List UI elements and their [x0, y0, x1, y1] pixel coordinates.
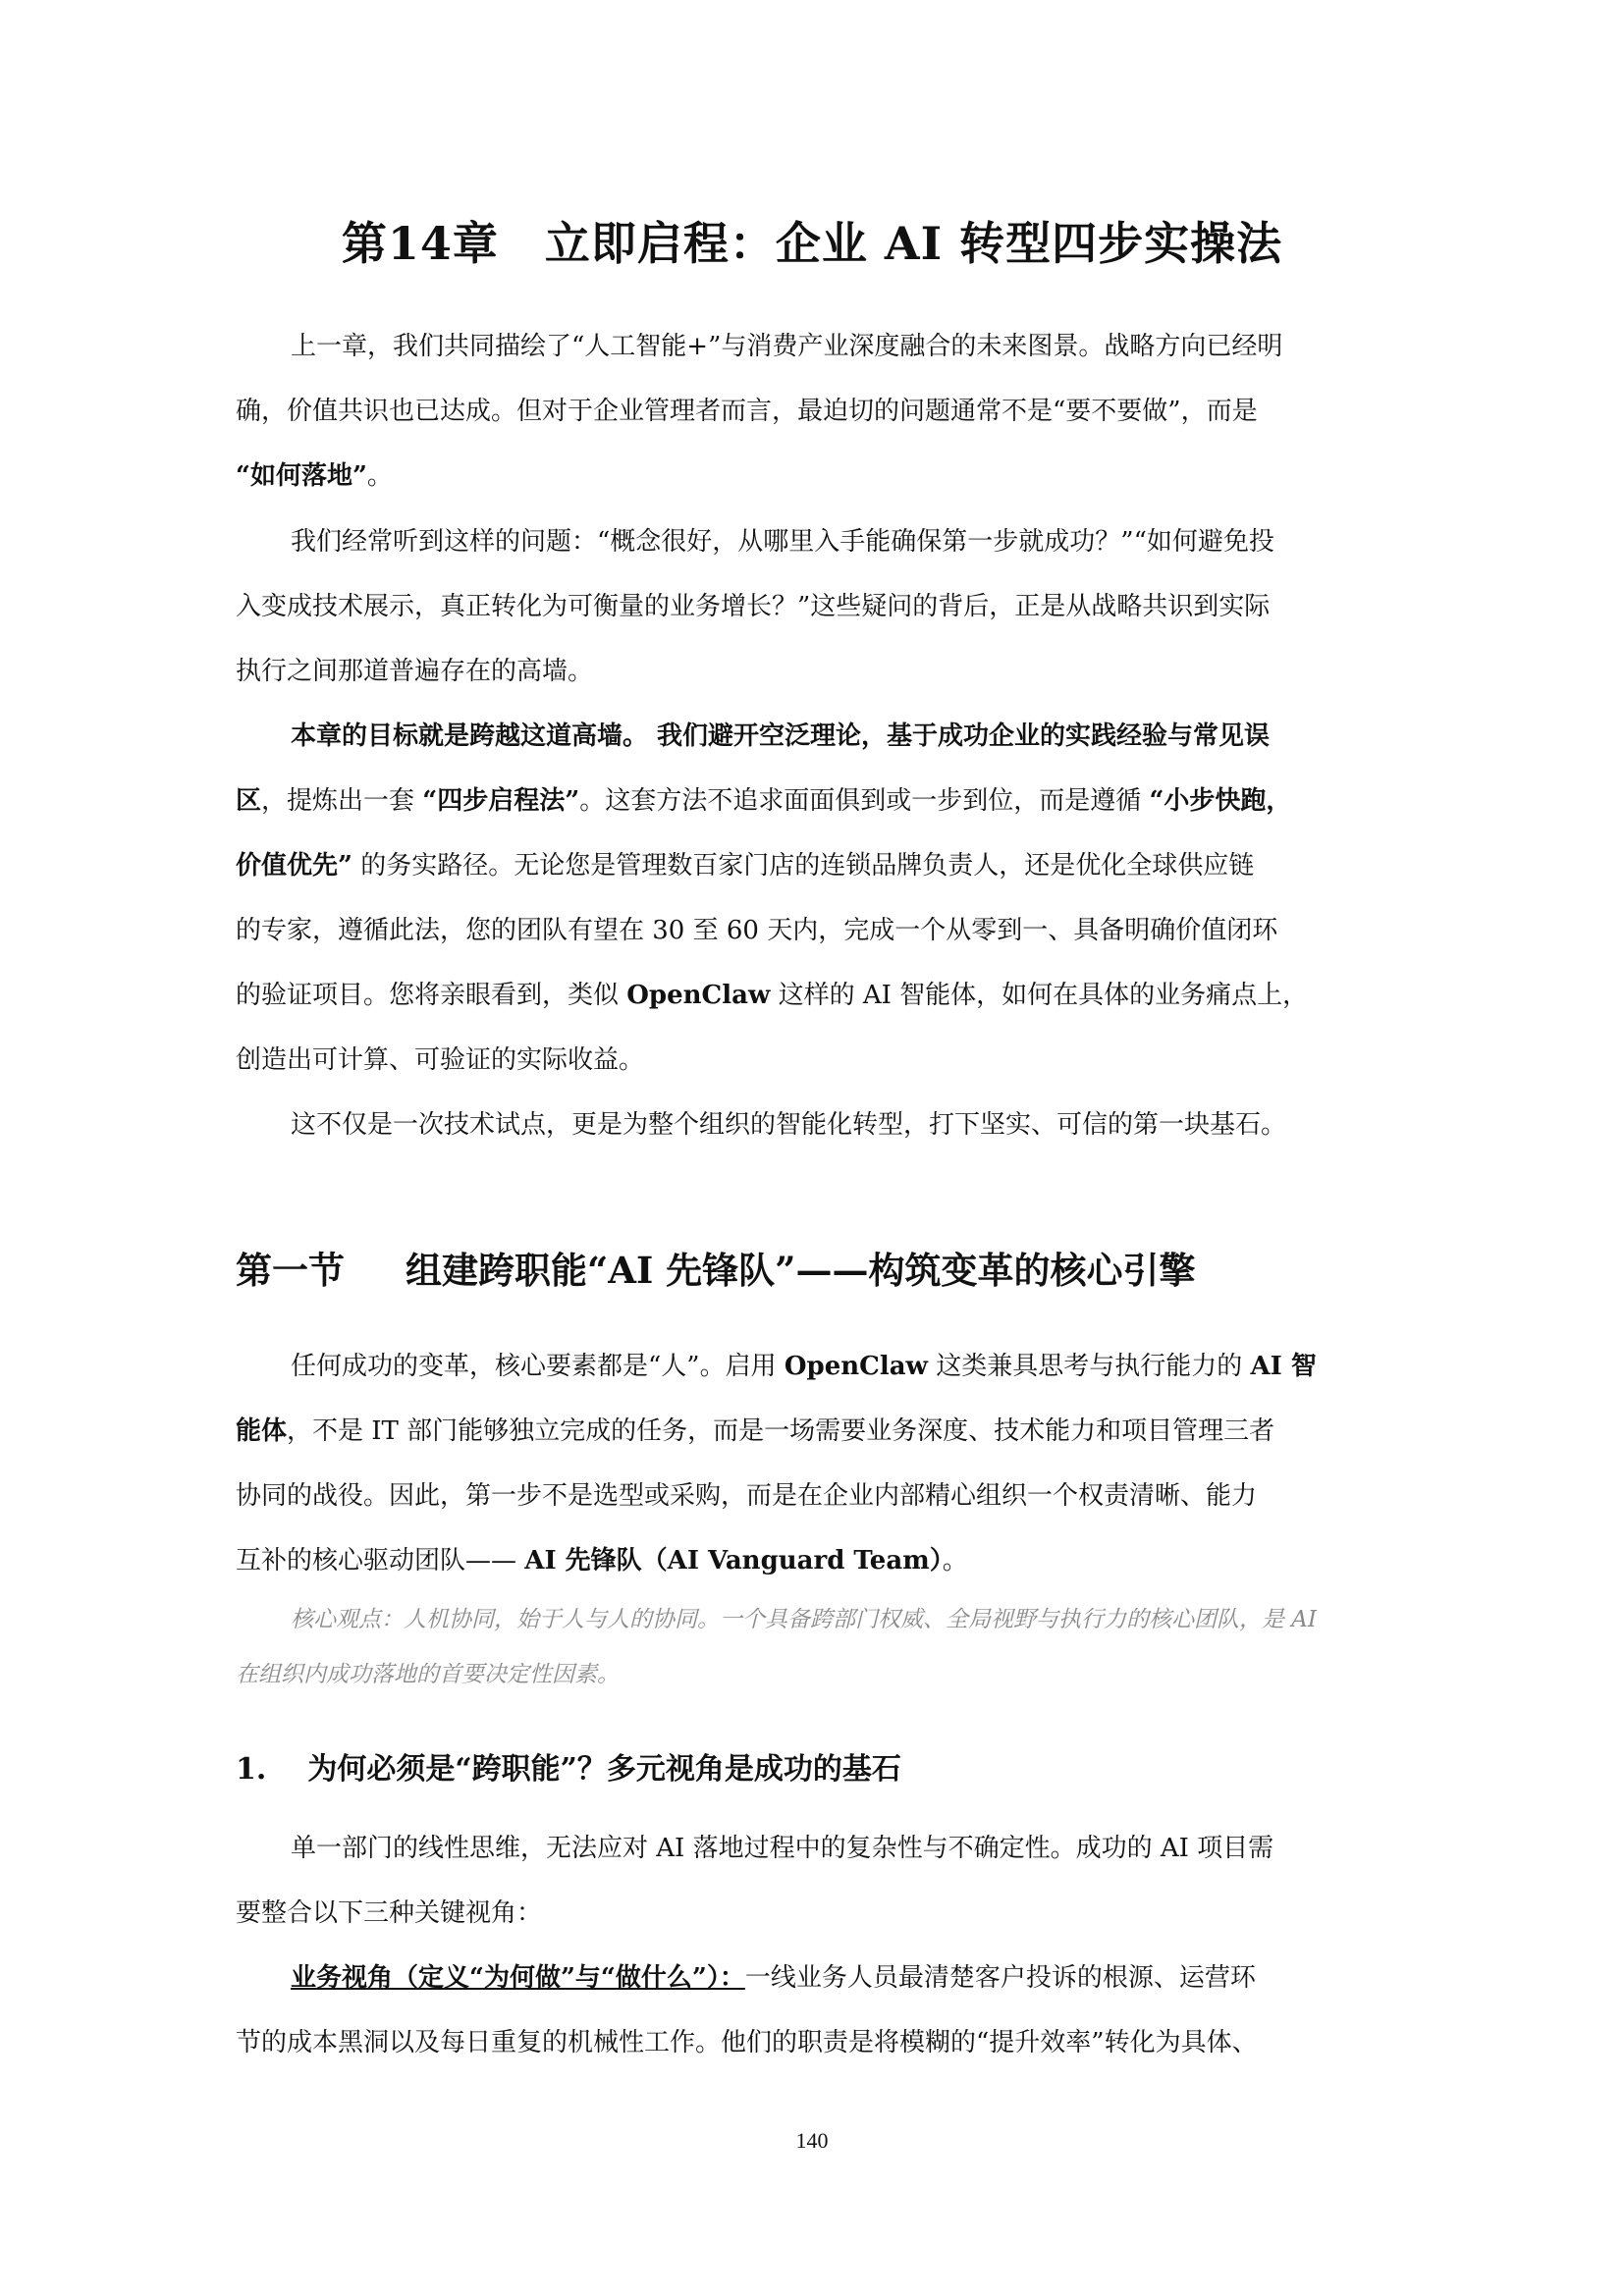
- paragraph-line: 入变成技术展示，真正转化为可衡量的业务增长？”这些疑问的背后，正是从战略共识到实…: [236, 587, 1404, 626]
- text-run: 互补的核心驱动团队——: [236, 1546, 524, 1575]
- paragraph-line: 我们经常听到这样的问题：“概念很好，从哪里入手能确保第一步就成功？”“如何避免投: [236, 522, 1459, 561]
- paragraph-line: 上一章，我们共同描绘了“人工智能+”与消费产业深度融合的未来图景。战略方向已经明: [236, 327, 1459, 366]
- text-run: 一线业务人员最清楚客户投诉的根源、运营环: [745, 1963, 1256, 1993]
- emphasis-text: “四步启程法”: [422, 786, 579, 816]
- paragraph-line: 业务视角（定义“为何做”与“做什么”）：一线业务人员最清楚客户投诉的根源、运营环: [236, 1958, 1459, 1998]
- section-title-text: 组建跨职能“AI 先锋队”——构筑变革的核心引擎: [406, 1249, 1195, 1292]
- text-run: 。这套方法不追求面面俱到或一步到位，而是遵循: [579, 786, 1149, 816]
- text-run: 的务实路径。无论您是管理数百家门店的连锁品牌负责人，还是优化全球供应链: [352, 851, 1254, 881]
- text-run: 任何成功的变革，核心要素都是“人”。启用: [291, 1352, 785, 1381]
- emphasis-text: AI 先锋队（AI Vanguard Team）: [524, 1546, 942, 1575]
- text-run: ，提炼出一套: [261, 786, 422, 816]
- emphasis-text: 价值优先”: [236, 851, 352, 881]
- paragraph-line: 单一部门的线性思维，无法应对 AI 落地过程中的复杂性与不确定性。成功的 AI …: [236, 1829, 1459, 1868]
- text-run: 这类兼具思考与执行能力的: [928, 1352, 1251, 1381]
- paragraph-line: 的专家，遵循此法，您的团队有望在 30 至 60 天内，完成一个从零到一、具备明…: [236, 911, 1404, 950]
- document-page: 第14章 立即启程：企业 AI 转型四步实操法 上一章，我们共同描绘了“人工智能…: [0, 0, 1624, 2296]
- paragraph-line: 的验证项目。您将亲眼看到，类似 OpenClaw 这样的 AI 智能体，如何在具…: [236, 976, 1404, 1015]
- section-heading: 第一节组建跨职能“AI 先锋队”——构筑变革的核心引擎: [236, 1241, 1195, 1294]
- emphasis-text: 区: [236, 786, 261, 816]
- paragraph-line: 确，价值共识也已达成。但对于企业管理者而言，最迫切的问题通常不是“要不要做”，而…: [236, 392, 1404, 431]
- section-label: 第一节: [236, 1249, 345, 1292]
- text-run: 这样的 AI 智能体，如何在具体的业务痛点上，: [770, 981, 1308, 1010]
- subsection-heading: 1.为何必须是“跨职能”？多元视角是成功的基石: [236, 1744, 901, 1788]
- paragraph-line: 互补的核心驱动团队—— AI 先锋队（AI Vanguard Team）。: [236, 1541, 1404, 1580]
- paragraph-line: 价值优先” 的务实路径。无论您是管理数百家门店的连锁品牌负责人，还是优化全球供应…: [236, 846, 1404, 885]
- subsection-number: 1.: [236, 1752, 266, 1787]
- paragraph-line: “如何落地”。: [236, 456, 1404, 496]
- emphasis-text: AI 智: [1250, 1352, 1316, 1381]
- paragraph-line: 任何成功的变革，核心要素都是“人”。启用 OpenClaw 这类兼具思考与执行能…: [236, 1347, 1459, 1386]
- core-view-callout: 在组织内成功落地的首要决定性因素。: [236, 1655, 1404, 1694]
- perspective-label: 业务视角（定义“为何做”与“做什么”）：: [291, 1963, 745, 1993]
- emphasis-text: OpenClaw: [785, 1352, 928, 1381]
- subsection-title-text: 为何必须是“跨职能”？多元视角是成功的基石: [307, 1752, 901, 1787]
- paragraph-line: 节的成本黑洞以及每日重复的机械性工作。他们的职责是将模糊的“提升效率”转化为具体…: [236, 2023, 1404, 2062]
- paragraph-line: 区，提炼出一套 “四步启程法”。这套方法不追求面面俱到或一步到位，而是遵循 “小…: [236, 781, 1404, 821]
- emphasis-text: OpenClaw: [626, 981, 770, 1010]
- chapter-title: 第14章 立即启程：企业 AI 转型四步实操法: [0, 208, 1624, 273]
- paragraph-line: 要整合以下三种关键视角：: [236, 1894, 1404, 1933]
- core-view-callout: 核心观点：人机协同，始于人与人的协同。一个具备跨部门权威、全局视野与执行力的核心…: [236, 1600, 1459, 1639]
- paragraph-line: 能体，不是 IT 部门能够独立完成的任务，而是一场需要业务深度、技术能力和项目管…: [236, 1412, 1404, 1451]
- text-run: 的验证项目。您将亲眼看到，类似: [236, 981, 626, 1010]
- emphasis-text: “如何落地”: [236, 461, 367, 491]
- emphasis-text: 能体: [236, 1416, 287, 1446]
- text-run: 。: [367, 461, 393, 491]
- emphasis-text: “小步快跑，: [1149, 786, 1291, 816]
- paragraph-line: 创造出可计算、可验证的实际收益。: [236, 1041, 1404, 1080]
- paragraph-line: 这不仅是一次技术试点，更是为整个组织的智能化转型，打下坚实、可信的第一块基石。: [236, 1105, 1459, 1145]
- paragraph-line: 执行之间那道普遍存在的高墙。: [236, 652, 1404, 691]
- text-run: 。: [943, 1546, 968, 1575]
- text-run: ，不是 IT 部门能够独立完成的任务，而是一场需要业务深度、技术能力和项目管理三…: [287, 1416, 1274, 1446]
- page-number: 140: [0, 2128, 1624, 2154]
- paragraph-line: 协同的战役。因此，第一步不是选型或采购，而是在企业内部精心组织一个权责清晰、能力: [236, 1476, 1404, 1516]
- paragraph-line: 本章的目标就是跨越这道高墙。 我们避开空泛理论，基于成功企业的实践经验与常见误: [236, 717, 1459, 756]
